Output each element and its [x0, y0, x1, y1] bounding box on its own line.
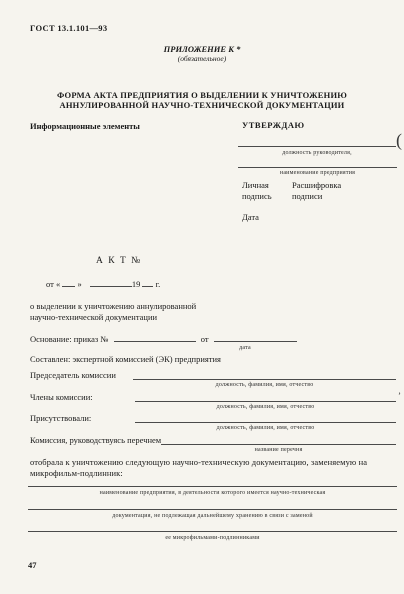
page-number: 47 [28, 561, 37, 571]
basis-order-number-blank [114, 333, 196, 342]
act-date-line: от « » 19 г. [46, 278, 160, 290]
selection-paragraph: отобрала к уничтожению следующую научно-… [30, 457, 404, 479]
microfilm-caption: ее микрофильмами-подлинниками [28, 535, 397, 542]
act-date-month-blank [90, 278, 132, 287]
approve-title: УТВЕРЖДАЮ [242, 121, 305, 131]
signature-transcript-label: Расшифровка подписи [292, 180, 341, 202]
act-date-quote-close: » [77, 279, 81, 289]
commission-members-line [135, 401, 396, 402]
personal-signature-line1: Личная [242, 180, 272, 191]
documentation-line [28, 509, 397, 510]
act-description-line2: научно-технической документации [30, 313, 157, 323]
info-elements-label: Информационные элементы [30, 122, 140, 132]
act-date-year-prefix: 19 [132, 279, 141, 289]
appendix-subtitle: (обязательное) [0, 55, 404, 64]
guided-by-line [161, 444, 396, 445]
act-description-line1: о выделении к уничтожению аннулированной [30, 302, 196, 312]
enterprise-name-line [28, 486, 397, 487]
act-date-year-suffix: г. [156, 279, 161, 289]
guided-by-label: Комиссия, руководствуясь перечнем [30, 436, 161, 446]
basis-date-caption: дата [202, 345, 288, 352]
enterprise-name-caption: наименование предприятия, в деятельности… [28, 490, 397, 497]
basis-date-blank [214, 333, 297, 342]
commission-members-label: Члены комиссии: [30, 393, 93, 403]
commission-attendees-caption: должность, фамилия, имя, отчество [135, 425, 396, 432]
personal-signature-label: Личная подпись [242, 180, 272, 202]
act-date-quote-open: « [56, 279, 60, 289]
basis-label: Основание: приказ № [30, 334, 108, 344]
commission-attendees-label: Присутствовали: [30, 414, 91, 424]
signature-transcript-line2: подписи [292, 191, 341, 202]
document-page: ГОСТ 13.1.101—93 ПРИЛОЖЕНИЕ К * (обязате… [0, 0, 404, 594]
approve-date-label: Дата [242, 213, 259, 223]
approve-line-2 [238, 167, 397, 168]
act-date-year-blank [142, 278, 153, 287]
personal-signature-line2: подпись [242, 191, 272, 202]
composed-by-line: Составлен: экспертной комиссией (ЭК) пре… [30, 355, 221, 365]
gost-number: ГОСТ 13.1.101—93 [30, 24, 107, 34]
commission-chairman-caption: должность, фамилия, имя, отчество [133, 382, 396, 389]
guided-by-caption: название перечня [161, 447, 396, 454]
approve-line-1 [238, 146, 396, 147]
scan-artifact-tick: ʼ [398, 391, 401, 401]
signature-transcript-line1: Расшифровка [292, 180, 341, 191]
approve-line1-caption: должность руководителя, [238, 150, 396, 157]
basis-row: Основание: приказ № от [30, 333, 297, 345]
commission-members-caption: должность, фамилия, имя, отчество [135, 404, 396, 411]
form-title-line2: АННУЛИРОВАННОЙ НАУЧНО-ТЕХНИЧЕСКОЙ ДОКУМЕ… [0, 101, 404, 111]
act-title: А К Т № [96, 256, 142, 267]
commission-chairman-line [133, 379, 396, 380]
microfilm-line [28, 531, 397, 532]
act-date-from: от [46, 279, 54, 289]
scan-artifact-parenthesis: ( [396, 130, 402, 151]
commission-chairman-label: Председатель комиссии [30, 371, 116, 381]
documentation-caption: документация, не подлежащая дальнейшему … [28, 513, 397, 520]
basis-from-label: от [201, 334, 209, 344]
act-date-day-blank [62, 278, 75, 287]
commission-attendees-line [135, 422, 396, 423]
approve-line2-caption: наименование предприятия [238, 170, 397, 177]
